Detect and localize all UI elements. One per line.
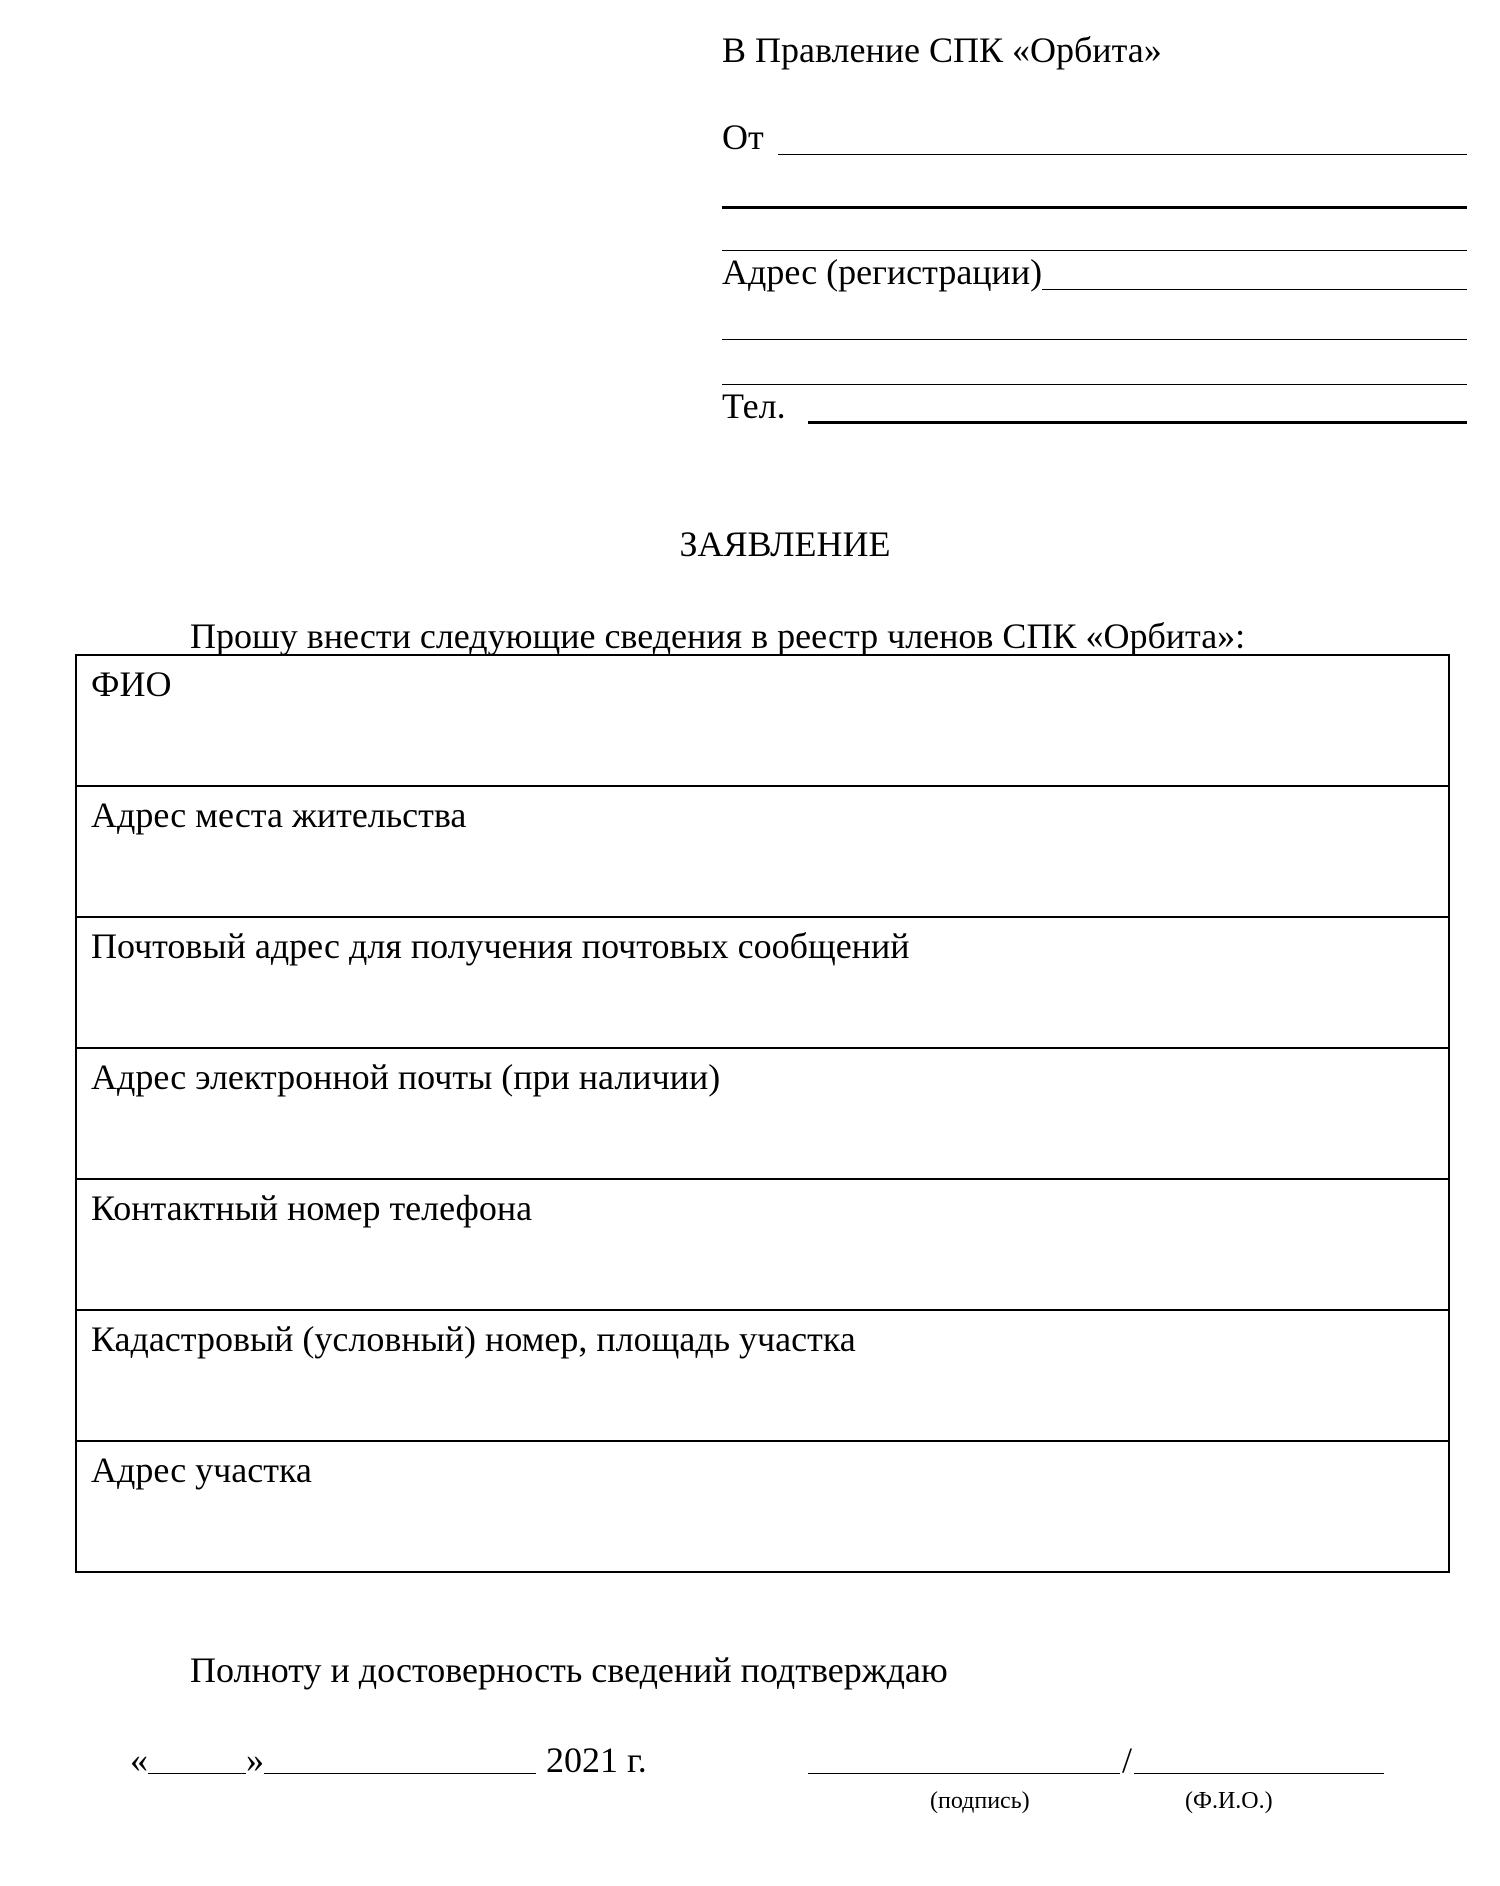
registry-cell-fio[interactable]: ФИО	[76, 655, 1449, 786]
document-title: ЗАЯВЛЕНИЕ	[0, 522, 1500, 566]
day-field[interactable]	[148, 1773, 246, 1774]
row-label: Адрес места жительства	[91, 793, 1434, 837]
phone-field[interactable]	[808, 421, 1467, 424]
table-row: Адрес участка	[76, 1441, 1449, 1572]
table-row: ФИО	[76, 655, 1449, 786]
table-row: Почтовый адрес для получения почтовых со…	[76, 917, 1449, 1048]
registry-cell-cadastral[interactable]: Кадастровый (условный) номер, площадь уч…	[76, 1310, 1449, 1441]
close-quote: »	[246, 1738, 264, 1782]
intro-text: Прошу внести следующие сведения в реестр…	[190, 614, 1245, 658]
registry-cell-email[interactable]: Адрес электронной почты (при наличии)	[76, 1048, 1449, 1179]
fio-caption: (Ф.И.О.)	[1185, 1786, 1273, 1816]
open-quote: «	[130, 1738, 148, 1782]
fio-field[interactable]	[1134, 1773, 1384, 1774]
from-continuation-line-1[interactable]	[722, 206, 1467, 209]
confirmation-text: Полноту и достоверность сведений подтвер…	[190, 1648, 948, 1692]
table-row: Адрес электронной почты (при наличии)	[76, 1048, 1449, 1179]
row-label: Адрес электронной почты (при наличии)	[91, 1055, 1434, 1099]
registry-cell-plot-address[interactable]: Адрес участка	[76, 1441, 1449, 1572]
row-label: Контактный номер телефона	[91, 1186, 1434, 1230]
from-field-row: От	[722, 117, 1467, 161]
from-label: От	[722, 115, 778, 161]
table-row: Адрес места жительства	[76, 786, 1449, 917]
signature-caption: (подпись)	[930, 1786, 1030, 1816]
application-form-page: В Правление СПК «Орбита» От Адрес (регис…	[0, 0, 1500, 1886]
registry-cell-postal-address[interactable]: Почтовый адрес для получения почтовых со…	[76, 917, 1449, 1048]
row-label: Почтовый адрес для получения почтовых со…	[91, 924, 1434, 968]
address-continuation-line-2[interactable]	[722, 384, 1467, 385]
phone-label: Тел.	[722, 384, 808, 430]
signature-separator: /	[1120, 1738, 1134, 1782]
month-field[interactable]	[264, 1773, 536, 1774]
year-text: 2021 г.	[546, 1738, 647, 1782]
address-label: Адрес (регистрации)	[722, 250, 1042, 296]
row-label: ФИО	[91, 662, 1434, 706]
table-row: Контактный номер телефона	[76, 1179, 1449, 1310]
row-label: Кадастровый (условный) номер, площадь уч…	[91, 1317, 1434, 1361]
address-field-row: Адрес (регистрации)	[722, 252, 1467, 296]
address-field[interactable]	[1042, 289, 1467, 290]
address-continuation-line-1[interactable]	[722, 339, 1467, 340]
from-field[interactable]	[778, 154, 1467, 155]
signature-row: /	[808, 1738, 1384, 1782]
table-row: Кадастровый (условный) номер, площадь уч…	[76, 1310, 1449, 1441]
registry-table: ФИО Адрес места жительства Почтовый адре…	[75, 654, 1450, 1573]
registry-cell-residence-address[interactable]: Адрес места жительства	[76, 786, 1449, 917]
row-label: Адрес участка	[91, 1448, 1434, 1492]
phone-field-row: Тел.	[722, 386, 1467, 430]
addressee-heading: В Правление СПК «Орбита»	[722, 28, 1162, 72]
signature-field[interactable]	[808, 1773, 1120, 1774]
registry-cell-phone[interactable]: Контактный номер телефона	[76, 1179, 1449, 1310]
date-row: « » 2021 г.	[130, 1738, 647, 1782]
